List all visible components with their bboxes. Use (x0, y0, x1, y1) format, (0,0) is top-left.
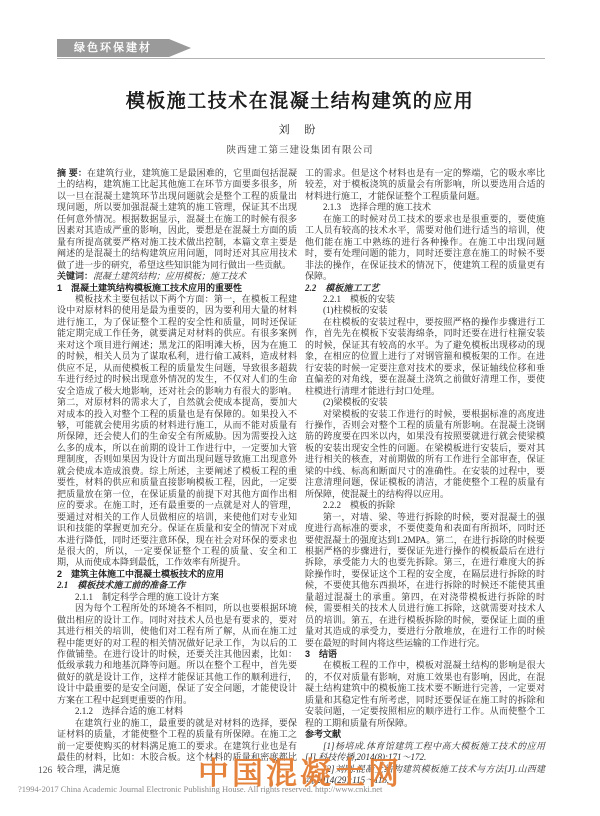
author-affiliation: 陕西建工第三建设集团有限公司 (0, 142, 600, 156)
column-banner: 绿色环保建材 (57, 39, 169, 57)
abstract: 摘 要：在建筑行业，建筑施工是最困难的，它里面包括混凝土的结构，建筑施工比起其他… (57, 168, 297, 271)
left-column: 摘 要：在建筑行业，建筑施工是最困难的，它里面包括混凝土的结构，建筑施工比起其他… (57, 168, 297, 772)
page-header-rule: 绿色环保建材 (57, 39, 545, 59)
section-2-1-1-heading: 2.1.1 制定科学合理的施工设计方案 (57, 592, 297, 603)
paragraph-continuation: 工的需求。但是这个材料也是有一定的弊端，它的吸水率比较差，对于模板浇筑的质量会有… (305, 168, 545, 202)
section-1-heading: 1 混凝土建筑结构模板施工技术应用的重要性 (57, 283, 297, 294)
section-2-2-1-heading: 2.2.1 模板的安装 (305, 294, 545, 305)
paragraph: 因为每个工程所处的环境各不相同，所以也要根据环境做出相应的设计工作。同时对技术人… (57, 603, 297, 706)
banner-arrow-icon (169, 39, 191, 57)
paragraph: 在施工的时候对员工技术的要求也是很重要的，要使施工人员有较高的技术水平，需要对他… (305, 214, 545, 283)
journal-page: 绿色环保建材 模板施工技术在混凝土结构建筑的应用 刘 盼 陕西建工第三建设集团有… (0, 0, 600, 816)
copyright-footer: ?1994-2017 China Academic Journal Electr… (18, 784, 588, 794)
subsection-label: (2)梁模板的安装 (305, 397, 545, 408)
article-body: 摘 要：在建筑行业，建筑施工是最困难的，它里面包括混凝土的结构，建筑施工比起其他… (57, 168, 545, 772)
keywords-label: 关键词： (57, 271, 93, 281)
section-2-1-2-heading: 2.1.2 选择合适的施工材料 (57, 706, 297, 717)
keywords-text: 混凝土建筑结构；应用模板；施工技术 (93, 271, 246, 281)
paper-title: 模板施工技术在混凝土结构建筑的应用 (0, 86, 600, 113)
abstract-text: 在建筑行业，建筑施工是最困难的，它里面包括混凝土的结构，建筑施工比起其他施工在环… (57, 168, 297, 270)
paragraph: 在模板工程的工作中，模板对混凝土结构的影响是很大的，不仅对质量有影响，对施工效果… (305, 660, 545, 729)
section-2-1-3-heading: 2.1.3 选择合理的施工技术 (305, 202, 545, 213)
column-banner-label: 绿色环保建材 (74, 42, 152, 54)
references-heading: 参考文献 (305, 729, 545, 740)
paragraph: 模板技术主要包括以下两个方面：第一，在模板工程建设中对原材料的使用是最为重要的，… (57, 294, 297, 569)
section-2-1-heading: 2.1 模板技术施工前的准备工作 (57, 580, 297, 591)
paragraph: 对梁模板的安装工作进行的时候，要根据标准的高度进行操作，否则会对整个工程的质量有… (305, 409, 545, 501)
right-column: 工的需求。但是这个材料也是有一定的弊端，它的吸水率比较差，对于模板浇筑的质量会有… (305, 168, 545, 772)
section-3-heading: 3 结语 (305, 649, 545, 660)
keywords: 关键词：混凝土建筑结构；应用模板；施工技术 (57, 271, 297, 282)
section-2-2-2-heading: 2.2.2 模板的拆除 (305, 500, 545, 511)
paragraph: 在柱模板的安装过程中，要按照严格的操作步骤进行工作，首先先在模板下安装海绵条，同… (305, 317, 545, 397)
abstract-label: 摘 要： (57, 168, 87, 178)
section-2-heading: 2 建筑主体施工中混凝土模板技术的应用 (57, 569, 297, 580)
author-name: 刘 盼 (0, 121, 600, 137)
section-2-2-heading: 2.2 模板施工工艺 (305, 283, 545, 294)
paragraph: 第一，对墙、梁、等进行拆除的时候，要对混凝土的强度进行高标准的要求，不要使菱角和… (305, 512, 545, 649)
subsection-label: (1)柱模板的安装 (305, 305, 545, 316)
page-number: 126 (38, 766, 52, 776)
